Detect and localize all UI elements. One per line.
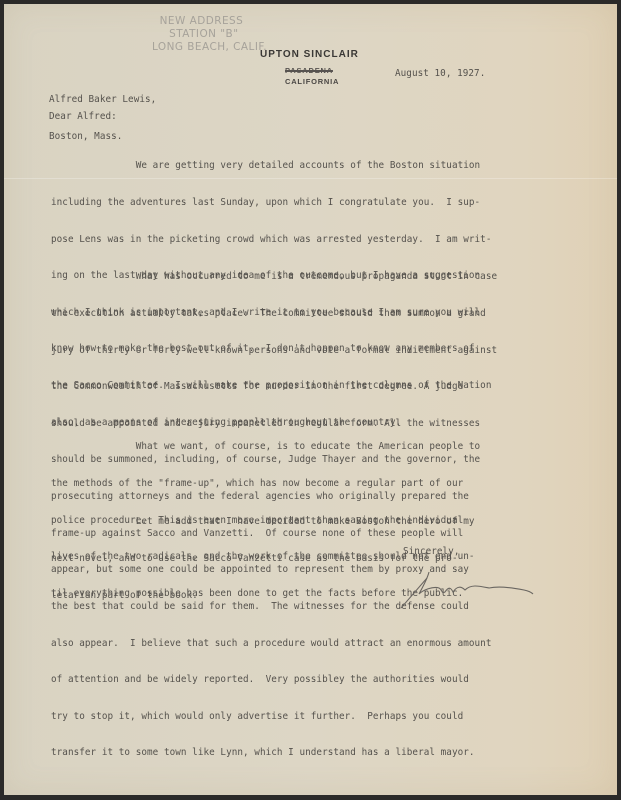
text-line: pose Lens was in the picketing crowd whi… <box>51 234 491 246</box>
text-line: the methods of the "frame-up", which has… <box>51 478 480 490</box>
signature <box>399 564 599 619</box>
text-line: We are getting very detailed accounts of… <box>51 160 491 172</box>
text-line: of attention and be widely reported. Ver… <box>51 674 497 686</box>
letter-page: NEW ADDRESS STATION "B" LONG BEACH, CALI… <box>4 4 617 795</box>
letter-date: August 10, 1927. <box>395 68 485 80</box>
recipient-name: Alfred Baker Lewis, <box>49 94 156 106</box>
struck-city: PASADENA <box>285 65 339 76</box>
text-line: Let me add that I have decided to make B… <box>51 516 475 528</box>
text-line: What we want, of course, is to educate t… <box>51 441 480 453</box>
letterhead-address: PASADENA CALIFORNIA <box>285 65 339 87</box>
closing: Sincerely, <box>403 546 459 558</box>
text-line: transfer it to some town like Lynn, whic… <box>51 747 497 759</box>
text-line: jury of thirty or forty well-known perso… <box>51 345 497 357</box>
text-line: also appear. I believe that such a proce… <box>51 638 497 650</box>
text-line: including the adventures last Sunday, up… <box>51 197 491 209</box>
stamp-line: NEW ADDRESS <box>152 14 267 27</box>
stamp-line: LONG BEACH, CALIF. <box>152 40 267 53</box>
new-address-stamp: NEW ADDRESS STATION "B" LONG BEACH, CALI… <box>152 14 267 53</box>
letterhead-state: CALIFORNIA <box>285 76 339 87</box>
letterhead-name: UPTON SINCLAIR <box>260 49 359 60</box>
text-line: try to stop it, which would only adverti… <box>51 711 497 723</box>
salutation: Dear Alfred: <box>49 111 117 123</box>
stamp-line: STATION "B" <box>152 27 267 40</box>
text-line: the Commonwealth of Massachusetts for mu… <box>51 381 497 393</box>
text-line: What has occurred to me is a tremendous … <box>51 271 497 283</box>
text-line: the execution actually takes place. The … <box>51 308 497 320</box>
handwritten-signature-icon <box>399 564 599 614</box>
